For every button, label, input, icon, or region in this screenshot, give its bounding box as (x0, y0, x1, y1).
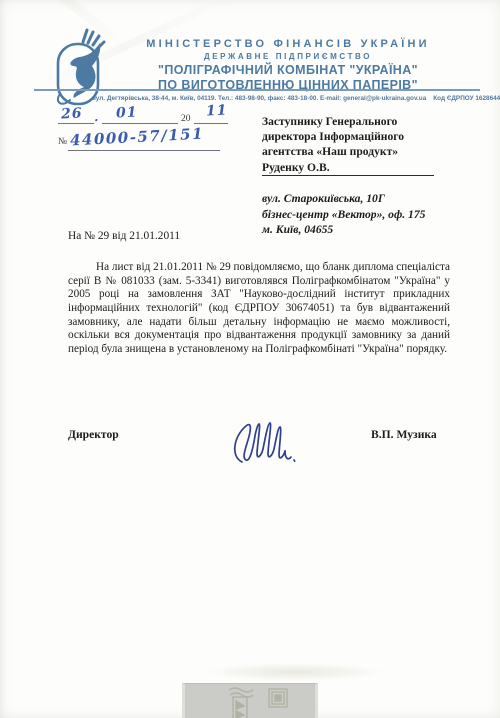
handwritten-month: 01 (116, 104, 138, 121)
address-line: бізнес-центр «Вектор», оф. 175 (262, 207, 462, 222)
letterhead-divider (34, 89, 480, 91)
address-line: м. Київ, 04655 (262, 222, 462, 237)
ministry-name: МІНІСТЕРСТВО ФІНАНСІВ УКРАЇНИ (112, 38, 464, 50)
recipient-line: Заступнику Генерального (262, 114, 462, 129)
signer-title: Директор (68, 428, 119, 441)
handwritten-dot: . (94, 110, 100, 124)
contact-line: вул. Дегтярівська, 38-44, м. Київ, 04119… (92, 95, 484, 102)
handwritten-outgoing-number: 44000-57/151 (70, 125, 205, 150)
number-sign-label: № (58, 137, 67, 147)
reference-line: На № 29 від 21.01.2011 (68, 230, 180, 242)
date-number-block: 20 26 . 01 11 № 44000-57/151 (58, 108, 238, 160)
handwritten-day: 26 (61, 105, 83, 122)
enterprise-type: ДЕРЖАВНЕ ПІДПРИЄМСТВО (112, 52, 464, 61)
recipient-line: директора Інформаційного (262, 129, 462, 144)
company-address-phone: вул. Дегтярівська, 38-44, м. Київ, 04119… (92, 95, 426, 102)
handwritten-signature (228, 404, 304, 470)
letter-body-paragraph: На лист від 21.01.2011 № 29 повідомляємо… (68, 261, 450, 356)
company-name-line1: "ПОЛІГРАФІЧНИЙ КОМБІНАТ "УКРАЇНА" (112, 63, 464, 77)
address-line: вул. Старокиївська, 10Г (262, 191, 462, 206)
scan-smudge (205, 663, 385, 681)
scan-edge-artifact (182, 683, 318, 718)
recipient-name: Руденку О.В. (262, 160, 434, 176)
recipient-address: вул. Старокиївська, 10Г бізнес-центр «Ве… (262, 191, 462, 237)
date-month-underline (102, 123, 178, 124)
scanned-letter-page: МІНІСТЕРСТВО ФІНАНСІВ УКРАЇНИ ДЕРЖАВНЕ П… (0, 0, 500, 718)
edrpou-code: Код ЄДРПОУ 16286441 (433, 95, 500, 102)
letterhead: МІНІСТЕРСТВО ФІНАНСІВ УКРАЇНИ ДЕРЖАВНЕ П… (112, 38, 464, 92)
recipient-block: Заступнику Генерального директора Інформ… (262, 114, 462, 237)
number-underline (68, 150, 220, 151)
signer-name: В.П. Музика (371, 428, 437, 441)
recipient-line: агентства «Наш продукт» (262, 144, 462, 159)
date-day-underline (58, 123, 94, 124)
handwritten-year: 11 (206, 102, 228, 119)
printed-century: 20 (181, 114, 191, 124)
